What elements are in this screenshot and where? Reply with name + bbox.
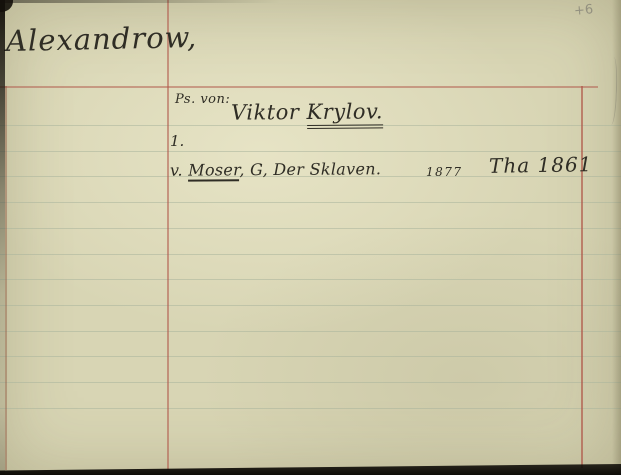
red-margin-line-left [167,0,169,470]
scan-edge-top [0,0,280,3]
scan-edge-bottom [0,463,621,475]
year-annotation-small: 1877 [426,165,463,179]
pseudonym-label: Ps. von: [175,92,230,107]
ruled-line [0,202,621,203]
card-heading: Alexandrow, [6,20,198,58]
ruled-line [0,331,621,332]
work-author-underlined: Moser [188,160,239,181]
pseudonym-name: Viktor Krylov. [231,99,383,124]
ruled-line [0,408,621,409]
ruled-line [0,254,621,255]
name-underlined: Krylov. [306,99,383,129]
ruled-line [0,305,621,306]
item-number: 1. [170,132,184,150]
index-card: Alexandrow, +6 Ps. von: Viktor Krylov. 1… [0,0,621,475]
scanned-card-image: Alexandrow, +6 Ps. von: Viktor Krylov. 1… [0,0,621,475]
scan-edge-right [612,0,621,475]
scan-corner-top-left [0,0,13,12]
ruled-line [0,279,621,280]
red-edge-line [5,86,7,470]
ruled-line [0,151,621,152]
ruled-line [0,228,621,229]
ruled-line [0,356,621,357]
work-title: , G, Der Sklaven. [239,159,381,179]
name-plain: Viktor [231,100,307,125]
red-header-line [0,86,598,88]
year-annotation-large: Tha 1861 [489,152,593,178]
work-entry-line: v. Moser, G, Der Sklaven. [170,159,381,179]
work-prefix: v. [170,161,188,180]
red-margin-line-right [581,86,583,468]
ruled-line [0,382,621,383]
scan-edge-left [0,0,5,475]
pencil-note: +6 [573,2,593,19]
